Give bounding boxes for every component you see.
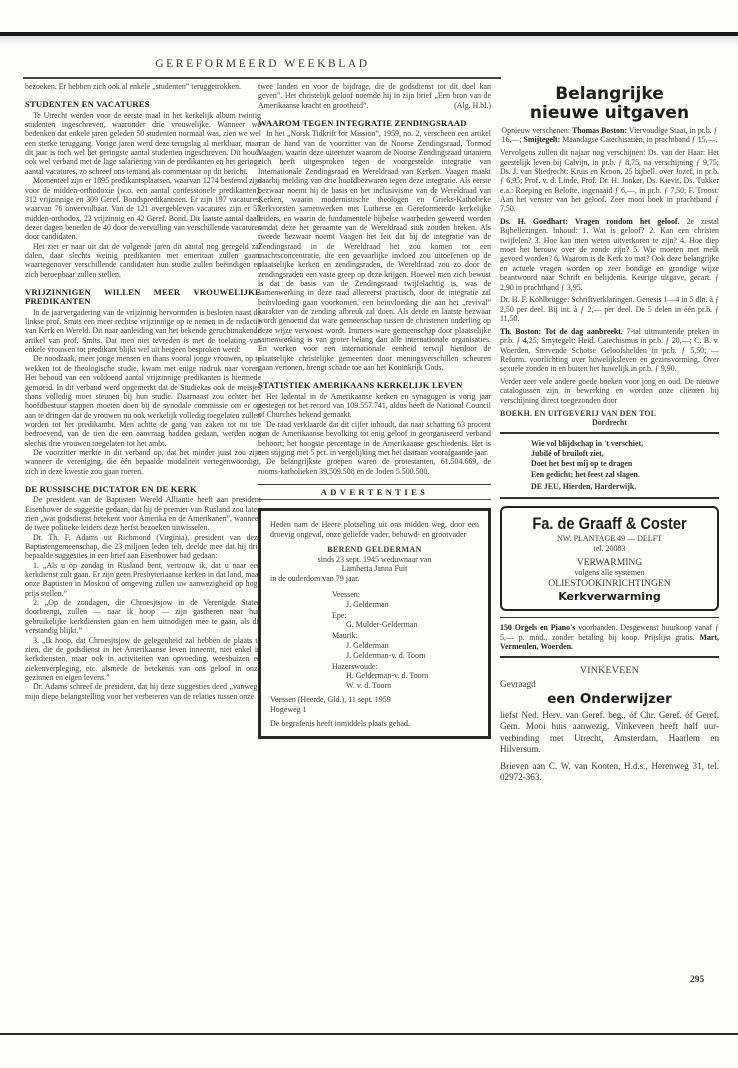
relatives-list: Veessen: J. Gelderman Epe: G. Mulder-Gel…: [332, 590, 479, 691]
firm-phone: tel. 20083: [506, 544, 713, 554]
poem-line: Jubilé of bruiloft ziet,: [531, 449, 719, 459]
article-heading-zendingsraad: WAAROM TEGEN INTEGRATIE ZENDINGSRAAD: [258, 119, 491, 128]
article-paragraph: Het ledental in de Amerikaanse kerken en…: [258, 392, 491, 420]
organ-ad-headline: 150 Orgels en Piano's: [500, 623, 575, 632]
relative-place: Maurik:: [332, 631, 479, 641]
article-paragraph: 1. „Als u op zondag in Rusland bent, ver…: [25, 561, 261, 598]
article-paragraph: De belangrijkste groepen waren de protes…: [258, 457, 491, 476]
divider: [500, 497, 719, 499]
relative-name: G. Mulder-Gelderman: [346, 620, 479, 630]
article-paragraph: De president van de Baptisten Wereld All…: [25, 495, 261, 532]
book-title: Th. Boston: Tot de dag aanbreekt.: [500, 327, 623, 336]
job-ad-place: VINKEVEEN: [500, 666, 719, 675]
books-paragraph-3: Ds. H. Goedhart: Vragen rondom het geloo…: [500, 217, 719, 292]
firm-ad-box: Fa. de Graaff & Coster NW. PLANTAGE 49 —…: [500, 506, 719, 611]
death-notice: Heden nam de Heere plotseling uit ons mi…: [258, 508, 491, 739]
ad-title-line-1: Belangrijke: [500, 85, 719, 104]
ads-section-heading: ADVERTENTIES: [258, 488, 491, 497]
column-1: bezoeken. Er hebben zich ook al enkele „…: [25, 82, 261, 701]
relative-name: H. Gelderman-v. d. Toorn: [346, 671, 479, 681]
firm-service: volgens alle systemen: [506, 568, 713, 578]
article-heading-vrijzinnigen: VRIJZINNIGEN WILLEN MEER VROUWELIJKE PRE…: [25, 288, 261, 307]
ad-title-line-2: nieuwe uitgaven: [500, 104, 719, 123]
column-2: twee landen en voor de bijdrage, die de …: [258, 82, 491, 739]
article-heading-russische-dictator: DE RUSSISCHE DICTATOR EN DE KERK: [25, 485, 261, 494]
relative-name: W. v. d. Toorn: [346, 681, 479, 691]
firm-service-highlight: Kerkverwarming: [506, 590, 713, 604]
top-border-shadow: [0, 36, 738, 46]
age-line: in de ouderdom van 79 jaar.: [270, 574, 479, 584]
books-paragraph-4: Dr. H. F. Kohlbrügge: Schriftverklaringe…: [500, 295, 719, 323]
job-ad-body: liefst Ned. Herv. van Geref. beg., óf Ch…: [500, 710, 719, 756]
divider: [500, 432, 719, 434]
poem-ad: Wie vol blijdschap in 't verschiet, Jubi…: [500, 439, 719, 492]
article-heading-studenten: STUDENTEN EN VACATURES: [25, 100, 261, 109]
relative-place: Hazerswoude:: [332, 662, 479, 672]
job-ad-wanted: Gevraagd: [500, 680, 719, 689]
organ-piano-ad: 150 Orgels en Piano's voorhanden. Desgew…: [500, 623, 719, 651]
poem-line: Wie vol blijdschap in 't verschiet,: [531, 439, 719, 449]
text-run: 2e zestal Bijbellezingen. Inhoud: 1. Wat…: [500, 217, 719, 291]
author-name: Smijtegelt:: [524, 135, 561, 144]
article-paragraph: De noodzaak, meer jonge mensen en thans …: [25, 354, 261, 447]
continuation-text: bezoeken. Er hebben zich ook al enkele „…: [25, 82, 261, 91]
job-ad-position: een Onderwijzer: [500, 691, 719, 707]
firm-name: Fa. de Graaff & Coster: [520, 514, 698, 534]
books-paragraph-2: Vervolgens zullen dit najaar nog verschi…: [500, 148, 719, 213]
source-attribution: (Alg. H.bl.): [454, 101, 491, 110]
divider: [500, 617, 719, 619]
firm-service: VERWARMING: [506, 557, 713, 568]
publisher-city: Dordrecht: [500, 418, 719, 427]
article-paragraph: Dr. Th. F. Adams uit Richmond (Virginia)…: [25, 533, 261, 561]
article-paragraph: 2. „Op de zondagen, die Chroesjtsjow in …: [25, 598, 261, 635]
books-paragraph-5: Th. Boston: Tot de dag aanbreekt. 7-tal …: [500, 327, 719, 374]
spouse-name: Lamberta Janna Fuit: [270, 564, 479, 574]
masthead-rule: [23, 77, 501, 79]
deceased-name: BEREND GELDERMAN: [270, 545, 479, 555]
ads-bottom-rule: [258, 499, 491, 500]
burial-note: De begrafenis heeft inmiddels plaats geh…: [270, 719, 479, 729]
relative-place: Epe:: [332, 611, 479, 621]
article-paragraph: De raad verklaarde dat dit cijfer inhoud…: [258, 420, 491, 457]
article-paragraph: De voorzitter merkte in dit verband op, …: [25, 448, 261, 476]
author-name: Thomas Boston:: [572, 126, 627, 135]
article-paragraph: Het ziet er naar uit dat de volgende jar…: [25, 242, 261, 279]
job-ad-contact: Brieven aan C. W. van Kooten, H.d.s., He…: [500, 761, 719, 784]
publisher-name: BOEKH. EN UITGEVERIJ VAN DEN TOL: [500, 409, 719, 418]
poem-line: Een gedicht; het feest zal slagen.: [531, 470, 719, 480]
article-paragraph: Te Utrecht werden voor de eerste maal in…: [25, 111, 261, 176]
ads-top-rule: [258, 484, 491, 485]
firm-service: OLIESTOOKINRICHTINGEN: [506, 578, 713, 589]
text-run: Maandagse Catechisatiën, in prachtband ƒ…: [560, 135, 717, 144]
poem-signature: DE JEU, Hierden, Harderwijk.: [531, 482, 719, 492]
books-paragraph-6: Verder zeer vele andere goede boeken voo…: [500, 377, 719, 405]
article-paragraph: Momenteel zijn er 1895 predikantsplaatse…: [25, 176, 261, 241]
book-title: Ds. H. Goedhart: Vragen rondom het geloo…: [500, 217, 680, 226]
article-paragraph: Dr. Adams schreef de president, dat hij …: [25, 682, 261, 701]
location-date: Veessen (Heerde, Gld.), 11 sept. 1959: [270, 695, 479, 705]
poem-line: Doet het best mij op te dragen: [531, 459, 719, 469]
relative-name: J. Gelderman-v. d. Toorn: [346, 651, 479, 661]
page-number: 295: [690, 975, 704, 985]
article-heading-statistiek: STATISTIEK AMERIKAANS KERKELIJK LEVEN: [258, 381, 491, 390]
widower-line: sinds 23 sept. 1945 weduwnaar van: [270, 555, 479, 565]
masthead-title: GEREFORMEERD WEEKBLAD: [25, 58, 500, 70]
article-paragraph: 3. „Ik hoop, dat Chroesjtsjow de gelegen…: [25, 636, 261, 683]
column-3: Belangrijke nieuwe uitgaven Opnieuw vers…: [500, 82, 719, 784]
ad-title-nieuwe-uitgaven: Belangrijke nieuwe uitgaven: [500, 85, 719, 123]
relative-name: J. Gelderman: [346, 641, 479, 651]
bottom-border-rule: [0, 1033, 738, 1035]
relative-place: Veessen:: [332, 590, 479, 600]
address: Hogeweg 1: [270, 705, 479, 715]
article-paragraph: In het „Norsk Tidkrift for Mission”, 195…: [258, 129, 491, 372]
relative-name: J. Gelderman: [346, 600, 479, 610]
article-paragraph: In de jaarvergadering van de vrijzinnig …: [25, 308, 261, 355]
divider: [500, 656, 719, 658]
continuation-text: twee landen en voor de bijdrage, die de …: [258, 82, 491, 110]
death-notice-intro: Heden nam de Heere plotseling uit ons mi…: [270, 520, 479, 540]
text-run: Opnieuw verschenen:: [501, 126, 572, 135]
firm-address: NW. PLANTAGE 49 — DELFT: [506, 534, 713, 544]
books-paragraph-1: Opnieuw verschenen: Thomas Boston: Vierv…: [500, 126, 719, 145]
